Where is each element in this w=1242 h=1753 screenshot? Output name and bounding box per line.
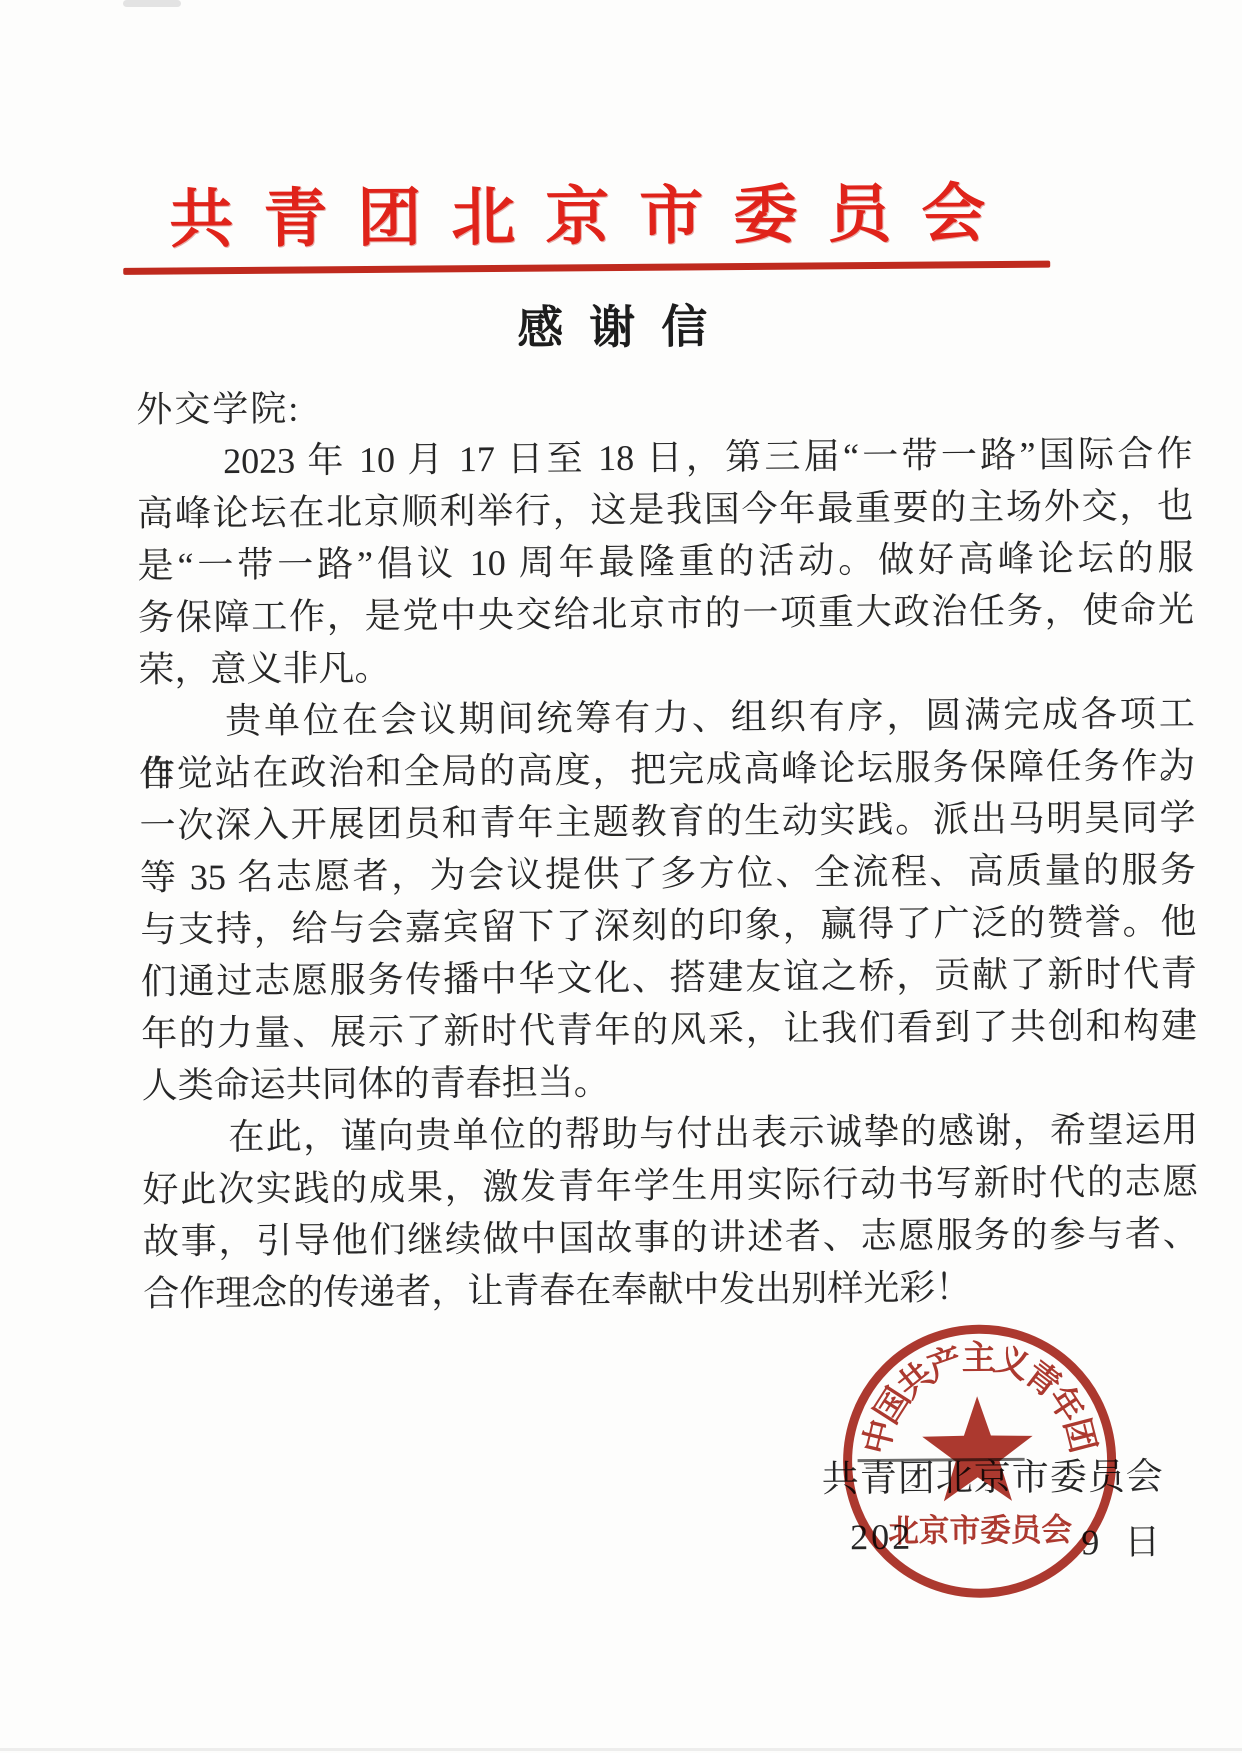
body-line: 故事，引导他们继续做中国故事的讲述者、志愿服务的参与者、 bbox=[143, 1207, 1199, 1267]
body-line: 与支持，给与会嘉宾留下了深刻的印象，赢得了广泛的赞誉。他 bbox=[140, 895, 1196, 955]
seal-graphic: 中国共产主义青年团 北京市委员会 bbox=[833, 1315, 1125, 1607]
body-line: 们通过志愿服务传播中华文化、搭建友谊之桥，贡献了新时代青 bbox=[141, 947, 1197, 1007]
body-line: 年的力量、展示了新时代青年的风采，让我们看到了共创和构建 bbox=[141, 999, 1197, 1059]
body-line: 好此次实践的成果，激发青年学生用实际行动书写新时代的志愿 bbox=[142, 1155, 1198, 1215]
body-line: 在此，谨向贵单位的帮助与付出表示诚挚的感谢，希望运用 bbox=[142, 1103, 1198, 1163]
letter-content: 共青团北京市委员会 感谢信 外交学院: 2023 年 10 月 17 日至 18… bbox=[0, 0, 1242, 1753]
official-seal-stamp: 中国共产主义青年团 北京市委员会 bbox=[833, 1315, 1125, 1607]
body-line: 等 35 名志愿者，为会议提供了多方位、全流程、高质量的服务 bbox=[140, 843, 1196, 903]
body-line: 自觉站在政治和全局的高度，把完成高峰论坛服务保障任务作为 bbox=[139, 739, 1195, 799]
body-line: 一次深入开展团员和青年主题教育的生动实践。派出马明昊同学 bbox=[139, 791, 1195, 851]
scanned-letter-page: 共青团北京市委员会 感谢信 外交学院: 2023 年 10 月 17 日至 18… bbox=[0, 0, 1242, 1753]
body-line: 2023 年 10 月 17 日至 18 日，第三届“一带一路”国际合作 bbox=[137, 427, 1193, 487]
body-line: 是“一带一路”倡议 10 周年最隆重的活动。做好高峰论坛的服 bbox=[137, 531, 1193, 591]
body-line: 务保障工作，是党中央交给北京市的一项重大政治任务，使命光 bbox=[138, 583, 1194, 643]
seal-bottom-text: 北京市委员会 bbox=[888, 1511, 1072, 1548]
body-line: 人类命运共同体的青春担当。 bbox=[141, 1051, 1197, 1111]
body-line: 荣，意义非凡。 bbox=[138, 635, 1194, 695]
body-line: 高峰论坛在北京顺利举行，这是我国今年最重要的主场外交，也 bbox=[137, 479, 1193, 539]
letter-title: 感谢信 bbox=[167, 287, 1082, 360]
letterhead-rule bbox=[123, 261, 1050, 275]
paragraph-lines: 2023 年 10 月 17 日至 18 日，第三届“一带一路”国际合作高峰论坛… bbox=[137, 427, 1200, 1319]
letterhead-org-title: 共青团北京市委员会 bbox=[135, 178, 1051, 257]
letter-body: 外交学院: 2023 年 10 月 17 日至 18 日，第三届“一带一路”国际… bbox=[136, 375, 1199, 1319]
body-line: 合作理念的传递者，让青春在奉献中发出别样光彩！ bbox=[143, 1259, 1199, 1319]
red-star-icon bbox=[922, 1396, 1033, 1502]
body-line: 贵单位在会议期间统筹有力、组织有序，圆满完成各项工作。 bbox=[139, 687, 1195, 747]
salutation: 外交学院: bbox=[136, 375, 1192, 435]
